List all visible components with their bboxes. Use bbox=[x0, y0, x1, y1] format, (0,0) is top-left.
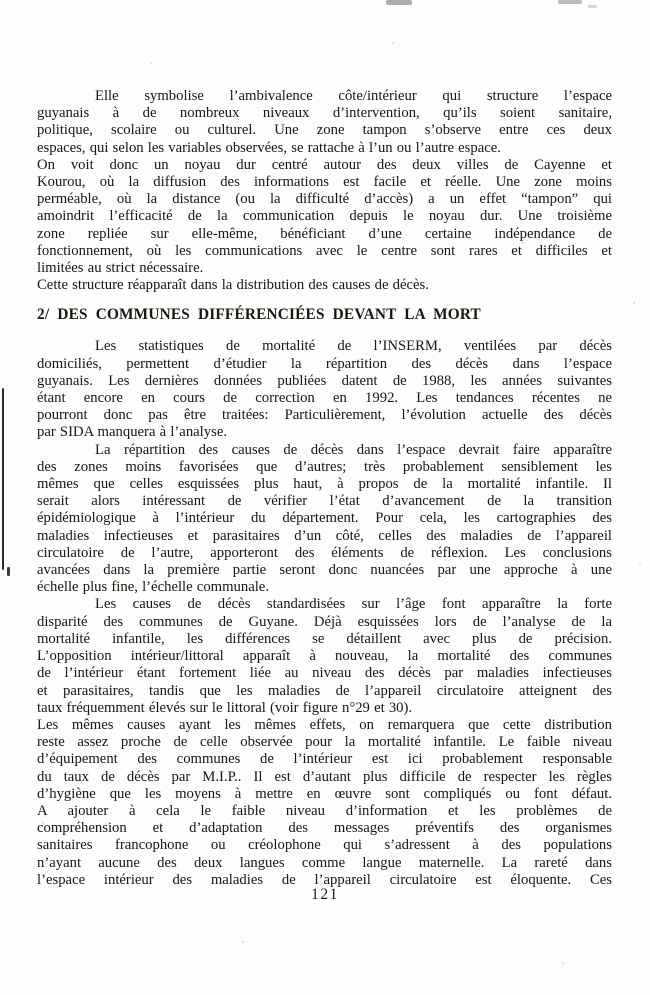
paragraph: Les mêmes causes ayant les mêmes effets,… bbox=[37, 717, 612, 889]
scan-smudge bbox=[558, 0, 582, 4]
text-line: Les causes de décès standardisées sur l’… bbox=[37, 596, 612, 613]
text-line: Kourou, où la diffusion des informations… bbox=[37, 174, 612, 191]
text-line: limitées au strict nécessaire. bbox=[37, 260, 612, 277]
scan-speck bbox=[639, 562, 641, 564]
text-line: circulatoire de l’autre, apporteront des… bbox=[37, 545, 612, 562]
paragraph: Les causes de décès standardisées sur l’… bbox=[37, 596, 612, 716]
scan-speck bbox=[633, 302, 635, 304]
scan-speck bbox=[612, 762, 614, 764]
text-line: étant encore en cours de correction en 1… bbox=[37, 390, 612, 407]
page-number: 121 bbox=[0, 886, 650, 904]
text-line: guyanais. Les dernières données publiées… bbox=[37, 373, 612, 390]
text-line: On voit donc un noyau dur centré autour … bbox=[37, 157, 612, 174]
text-line: politique, scolaire ou culturel. Une zon… bbox=[37, 122, 612, 139]
text-line: domiciliés, permettent d’étudier la répa… bbox=[37, 356, 612, 373]
text-line: mortalité infantile, les différences se … bbox=[37, 631, 612, 648]
text-line: avancées dans la première partie seront … bbox=[37, 562, 612, 579]
text-line: épidémiologique à l’intérieur du départe… bbox=[37, 510, 612, 527]
text-line: perméable, où la distance (ou la difficu… bbox=[37, 191, 612, 208]
paragraph: Cette structure réapparaît dans la distr… bbox=[37, 277, 612, 294]
text-line: disparité des communes de Guyane. Déjà e… bbox=[37, 614, 612, 631]
paragraph: On voit donc un noyau dur centré autour … bbox=[37, 157, 612, 277]
paragraph: Elle symbolise l’ambivalence côte/intéri… bbox=[37, 88, 612, 157]
scan-smudge bbox=[386, 0, 412, 5]
scan-mark-artifact bbox=[7, 567, 10, 576]
text-line: sanitaires francophone ou créolophone qu… bbox=[37, 837, 612, 854]
text-line: maladies infectieuses et parasitaires d’… bbox=[37, 528, 612, 545]
scanned-page: Elle symbolise l’ambivalence côte/intéri… bbox=[0, 0, 650, 995]
text-line: taux fréquemment élevés sur le littoral … bbox=[37, 700, 612, 717]
scan-speck bbox=[242, 941, 244, 943]
text-line: pourront donc pas être traitées: Particu… bbox=[37, 407, 612, 424]
text-line: La répartition des causes de décès dans … bbox=[37, 442, 612, 459]
text-line: d’hygiène que les moyens à mettre en œuv… bbox=[37, 786, 612, 803]
text-line: des zones moins favorisées que d’autres;… bbox=[37, 459, 612, 476]
text-line: et parasitaires, tandis que les maladies… bbox=[37, 683, 612, 700]
text-line: n’ayant aucune des deux langues comme la… bbox=[37, 855, 612, 872]
paragraph: Les statistiques de mortalité de l’INSER… bbox=[37, 338, 612, 441]
text-line: L’opposition intérieur/littoral apparaît… bbox=[37, 648, 612, 665]
text-line: Elle symbolise l’ambivalence côte/intéri… bbox=[37, 88, 612, 105]
scan-smudge bbox=[588, 5, 597, 8]
text-line: amoindrit l’efficacité de la communicati… bbox=[37, 208, 612, 225]
paragraph: La répartition des causes de décès dans … bbox=[37, 442, 612, 597]
scan-speck bbox=[562, 962, 564, 964]
text-line: guyanais à de nombreux niveaux d’interve… bbox=[37, 105, 612, 122]
scan-speck bbox=[150, 62, 152, 64]
text-line: fonctionnement, où les communications av… bbox=[37, 243, 612, 260]
text-line: échelle plus fine, l’échelle communale. bbox=[37, 579, 612, 596]
text-column: Elle symbolise l’ambivalence côte/intéri… bbox=[37, 88, 612, 889]
text-line: reste assez proche de celle observée pou… bbox=[37, 734, 612, 751]
text-line: d’équipement des communes de l’intérieur… bbox=[37, 751, 612, 768]
text-line: du taux de décès par M.I.P.. Il est d’au… bbox=[37, 769, 612, 786]
text-line: A ajouter à cela le faible niveau d’info… bbox=[37, 803, 612, 820]
text-line: Les statistiques de mortalité de l’INSER… bbox=[37, 338, 612, 355]
scan-speck bbox=[392, 42, 394, 44]
text-line: mêmes que celles esquissées plus haut, à… bbox=[37, 476, 612, 493]
text-line: Les mêmes causes ayant les mêmes effets,… bbox=[37, 717, 612, 734]
text-line: Cette structure réapparaît dans la distr… bbox=[37, 277, 612, 294]
scan-vertical-line-artifact bbox=[2, 388, 4, 570]
text-line: compréhension et d’adaptation des messag… bbox=[37, 820, 612, 837]
text-line: par SIDA manquera à l’analyse. bbox=[37, 424, 612, 441]
text-line: zone repliée sur elle-même, bénéficiant … bbox=[37, 226, 612, 243]
section-heading: 2/ DES COMMUNES DIFFÉRENCIÉES DEVANT LA … bbox=[37, 305, 612, 325]
text-line: espaces, qui selon les variables observé… bbox=[37, 140, 612, 157]
text-line: serait alors intéressant de vérifier l’é… bbox=[37, 493, 612, 510]
text-line: de l’intérieur étant fortement liée au n… bbox=[37, 665, 612, 682]
